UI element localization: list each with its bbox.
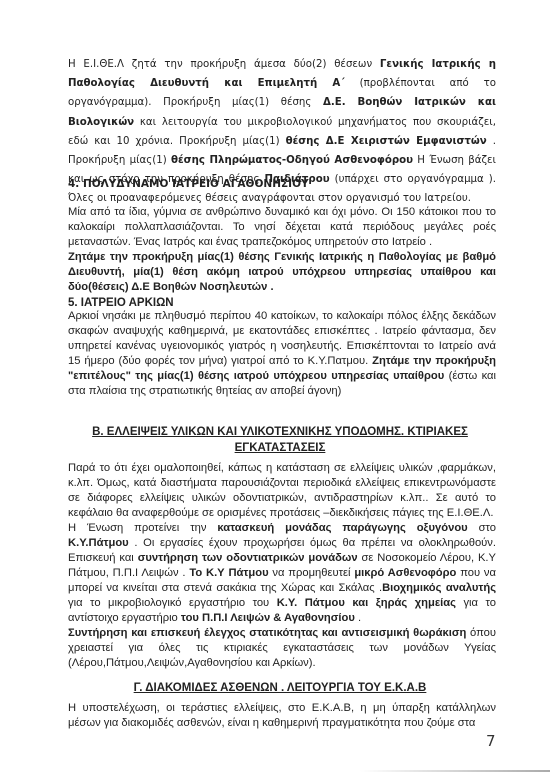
text-run: Η Ε.Ι.ΘΕ.Λ ζητά την προκήρυξη άμεσα δύο(… <box>68 59 380 70</box>
bold-run: Βιοχημικός αναλυτής <box>382 582 496 594</box>
text-run: στο <box>468 522 496 534</box>
section-b-heading: Β. ΕΛΛΕΙΨΕΙΣ ΥΛΙΚΩΝ ΚΑΙ ΥΛΙΚΟΤΕΧΝΙΚΗΣ ΥΠ… <box>60 424 500 456</box>
section-4-text: Μία από τα ίδια, γύμνια σε ανθρώπινο δυν… <box>68 205 496 250</box>
bold-run: μικρό Ασθενοφόρο <box>354 567 456 579</box>
section-5-heading: 5. ΙΑΤΡΕΙΟ ΑΡΚΙΩΝ <box>68 297 496 309</box>
bold-run: συντήρηση των οδοντιατρικών μονάδων <box>138 552 358 564</box>
section-b-heading-line2: ΕΓΚΑΤΑΣΤΑΣΕΙΣ <box>60 440 500 456</box>
text-run: Η Ένωση προτείνει την <box>68 522 217 534</box>
bold-run: θέσης Δ.Ε Χειριστών Εμφανιστών <box>286 136 487 147</box>
section-b-proposals: Η Ένωση προτείνει την κατασκευή μονάδας … <box>68 521 496 626</box>
bold-run: θέσης Πληρώματος-Οδηγού Ασθενοφόρου <box>171 155 413 166</box>
maintenance-bold: Συντήρηση και επισκευή έλεγχος στατικότη… <box>68 627 466 639</box>
text-run: για το μικροβιολογικό εργαστήριο του <box>68 597 277 609</box>
section-4-request: Ζητάμε την προκήρυξη μίας(1) θέσης Γενικ… <box>68 250 496 295</box>
section-g-text: Η υποστελέχωση, οι τεράστιες ελλείψεις, … <box>68 701 496 731</box>
section-b-maintenance: Συντήρηση και επισκευή έλεγχος στατικότη… <box>68 626 496 671</box>
bold-run: κατασκευή μονάδας παράγωγης οξυγόνου <box>217 522 467 534</box>
bold-run: Κ.Υ.Πάτμου <box>68 537 129 549</box>
bold-run: Κ.Υ. Πάτμου και ξηράς χημείας <box>277 597 456 609</box>
bold-run: Το Κ.Υ Πάτμου <box>189 567 268 579</box>
section-5-text: Αρκιοί νησάκι με πληθυσμό περίπου 40 κατ… <box>68 309 496 399</box>
section-b-body: Παρά το ότι έχει ομαλοποιηθεί, κάπως η κ… <box>68 461 496 671</box>
section-b-intro: Παρά το ότι έχει ομαλοποιηθεί, κάπως η κ… <box>68 461 496 521</box>
bold-run: του Π.Π.Ι Λειψών & Αγαθονησίου <box>181 612 355 624</box>
scan-edge-shadow <box>360 770 550 772</box>
section-4-heading: 4. ΠΟΛΥΔΥΝΑΜΟ ΙΑΤΡΕΙΟ ΑΓΑΘΟΝΗΣΙΟΥ <box>68 178 309 190</box>
section-g-body: Η υποστελέχωση, οι τεράστιες ελλείψεις, … <box>68 701 496 731</box>
section-5: 5. ΙΑΤΡΕΙΟ ΑΡΚΙΩΝ Αρκιοί νησάκι με πληθυ… <box>68 297 496 399</box>
section-b-heading-line1: Β. ΕΛΛΕΙΨΕΙΣ ΥΛΙΚΩΝ ΚΑΙ ΥΛΙΚΟΤΕΧΝΙΚΗΣ ΥΠ… <box>60 424 500 440</box>
page-number: 7 <box>486 732 496 750</box>
section-g-heading: Γ. ΔΙΑΚΟΜΙΔΕΣ ΑΣΘΕΝΩΝ . ΛΕΙΤΟΥΡΓΙΑ ΤΟΥ Ε… <box>60 682 500 694</box>
text-run: να προμηθευτεί <box>269 567 355 579</box>
section-4-body: Μία από τα ίδια, γύμνια σε ανθρώπινο δυν… <box>68 205 496 295</box>
text-run: . <box>355 612 361 624</box>
